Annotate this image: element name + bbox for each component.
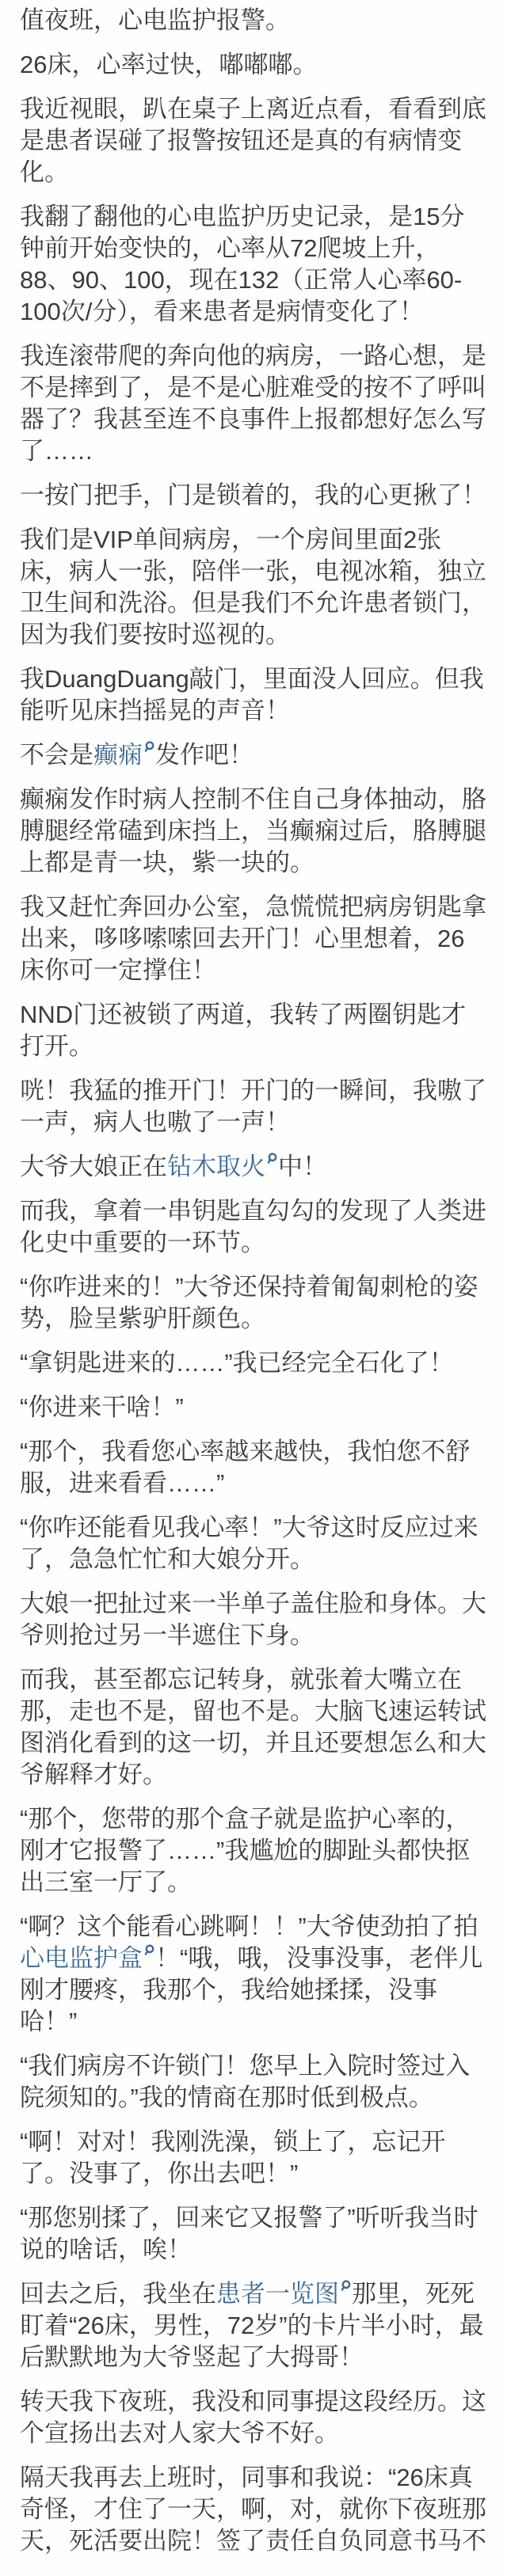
search-icon <box>340 2280 352 2292</box>
text-run: 大爷大娘正在 <box>20 1153 167 1180</box>
paragraph: “拿钥匙进来的……”我已经完全石化了！ <box>20 1347 488 1379</box>
paragraph: “那个，您带的那个盒子就是监护心率的，刚才它报警了……”我尴尬的脚趾头都快抠出三… <box>20 1803 488 1898</box>
text-run: “你进来干啥！” <box>20 1393 184 1421</box>
text-run: “那个，我看您心率越来越快，我怕您不舒服，进来看看……” <box>20 1438 470 1497</box>
search-term-link[interactable]: 钻木取火 <box>167 1153 278 1180</box>
text-run: “拿钥匙进来的……”我已经完全石化了！ <box>20 1349 454 1377</box>
text-run: “我们病房不许锁门！您早上入院时签过入院须知的。”我的情商在那时低到极点。 <box>20 2052 470 2111</box>
text-run: 而我，甚至都忘记转身，就张着大嘴立在那，走也不是，留也不是。大脑飞速运转试图消化… <box>20 1666 486 1788</box>
paragraph: “那您别揉了，回来它又报警了”听听我当时说的啥话，唉！ <box>20 2202 488 2266</box>
text-run: 大娘一把扯过来一半单子盖住脸和身体。大爷则抢过另一半遮住下身。 <box>20 1590 486 1649</box>
paragraph: 我DuangDuang敲门，里面没人回应。但我能听见床挡摇晃的声音！ <box>20 663 488 727</box>
text-run: “啊！对对！我刚洗澡，锁上了，忘记开了。没事了，你出去吧！” <box>20 2128 445 2187</box>
article-body: 值夜班，心电监护报警。26床，心率过快，嘟嘟嘟。我近视眼，趴在桌子上离近点看，看… <box>20 5 488 2557</box>
search-term-link[interactable]: 心电监护盒 <box>20 1944 155 1972</box>
text-run: “啊？这个能看心跳啊！！”大爷使劲拍了拍 <box>20 1913 478 1940</box>
text-run: 发作吧！ <box>155 741 253 769</box>
text-run: 不会是 <box>20 741 93 769</box>
paragraph: “啊？这个能看心跳啊！！”大爷使劲拍了拍心电监护盒！“哦，哦，没事没事，老伴儿刚… <box>20 1911 488 2038</box>
paragraph: “我们病房不许锁门！您早上入院时签过入院须知的。”我的情商在那时低到极点。 <box>20 2050 488 2114</box>
paragraph: “啊！对对！我刚洗澡，锁上了，忘记开了。没事了，你出去吧！” <box>20 2126 488 2190</box>
text-run: “那个，您带的那个盒子就是监护心率的，刚才它报警了……”我尴尬的脚趾头都快抠出三… <box>20 1805 470 1896</box>
text-run: 一按门把手，门是锁着的，我的心更揪了！ <box>20 481 486 509</box>
paragraph: 大爷大娘正在钻木取火中！ <box>20 1151 488 1183</box>
paragraph: 我近视眼，趴在桌子上离近点看，看看到底是患者误碰了报警按钮还是真的有病情变化。 <box>20 93 488 188</box>
paragraph: NND门还被锁了两道，我转了两圈钥匙才打开。 <box>20 999 488 1062</box>
text-run: 我翻了翻他的心电监护历史记录，是15分钟前开始变快的，心率从72爬坡上升，88、… <box>20 203 464 325</box>
search-term-link[interactable]: 患者一览图 <box>216 2280 352 2308</box>
text-run: 咣！我猛的推开门！开门的一瞬间，我嗷了一声，病人也嗷了一声！ <box>20 1077 486 1136</box>
text-run: 隔天我再去上班时，同事和我说：“26床真奇怪，才住了一天，啊，对，就你下夜班那天… <box>20 2464 486 2555</box>
paragraph: “你咋还能看见我心率！”大爷这时反应过来了，急急忙忙和大娘分开。 <box>20 1512 488 1575</box>
text-run: “你咋进来的！”大爷还保持着匍匐刺枪的姿势，脸呈紫驴肝颜色。 <box>20 1273 478 1332</box>
paragraph: 值夜班，心电监护报警。 <box>20 5 488 36</box>
text-run: 我DuangDuang敲门，里面没人回应。但我能听见床挡摇晃的声音！ <box>20 665 484 724</box>
text-run: 我近视眼，趴在桌子上离近点看，看看到底是患者误碰了报警按钮还是真的有病情变化。 <box>20 95 486 186</box>
search-term-text: 癫痫 <box>93 741 143 769</box>
text-run: 我又赶忙奔回办公室，急慌慌把病房钥匙拿出来，哆哆嗦嗦回去开门！心里想着，26床你… <box>20 893 486 984</box>
text-run: “你咋还能看见我心率！”大爷这时反应过来了，急急忙忙和大娘分开。 <box>20 1514 478 1573</box>
paragraph: 一按门把手，门是锁着的，我的心更揪了！ <box>20 480 488 511</box>
paragraph: 回去之后，我坐在患者一览图那里，死死盯着“26床，男性，72岁”的卡片半小时，最… <box>20 2278 488 2373</box>
search-icon <box>143 1944 155 1956</box>
text-run: 我们是VIP单间病房，一个房间里面2张床，病人一张，陪伴一张，电视冰箱，独立卫生… <box>20 526 486 648</box>
paragraph: 大娘一把扯过来一半单子盖住脸和身体。大爷则抢过另一半遮住下身。 <box>20 1588 488 1651</box>
paragraph: “你进来干啥！” <box>20 1392 488 1423</box>
paragraph: 我们是VIP单间病房，一个房间里面2张床，病人一张，陪伴一张，电视冰箱，独立卫生… <box>20 524 488 651</box>
text-run: 我连滚带爬的奔向他的病房，一路心想，是不是摔到了，是不是心脏难受的按不了呼叫器了… <box>20 342 486 465</box>
paragraph: 我翻了翻他的心电监护历史记录，是15分钟前开始变快的，心率从72爬坡上升，88、… <box>20 201 488 328</box>
paragraph: 而我，拿着一串钥匙直勾勾的发现了人类进化史中重要的一环节。 <box>20 1195 488 1259</box>
text-run: 而我，拿着一串钥匙直勾勾的发现了人类进化史中重要的一环节。 <box>20 1197 486 1256</box>
search-term-text: 心电监护盒 <box>20 1944 143 1972</box>
search-icon <box>266 1153 278 1165</box>
search-term-text: 患者一览图 <box>216 2280 339 2308</box>
paragraph: 我又赶忙奔回办公室，急慌慌把病房钥匙拿出来，哆哆嗦嗦回去开门！心里想着，26床你… <box>20 891 488 986</box>
paragraph: 不会是癫痫发作吧！ <box>20 739 488 771</box>
text-run: 26床，心率过快，嘟嘟嘟。 <box>20 51 317 78</box>
search-term-link[interactable]: 癫痫 <box>93 741 155 769</box>
search-term-text: 钻木取火 <box>167 1153 265 1180</box>
text-run: 转天我下夜班，我没和同事提这段经历。这个宣扬出去对人家大爷不好。 <box>20 2388 486 2447</box>
text-run: NND门还被锁了两道，我转了两圈钥匙才打开。 <box>20 1001 466 1060</box>
paragraph: “你咋进来的！”大爷还保持着匍匐刺枪的姿势，脸呈紫驴肝颜色。 <box>20 1271 488 1335</box>
paragraph: 咣！我猛的推开门！开门的一瞬间，我嗷了一声，病人也嗷了一声！ <box>20 1075 488 1138</box>
paragraph: 而我，甚至都忘记转身，就张着大嘴立在那，走也不是，留也不是。大脑飞速运转试图消化… <box>20 1664 488 1791</box>
text-run: 中！ <box>278 1153 327 1180</box>
search-icon <box>143 741 155 753</box>
paragraph: “那个，我看您心率越来越快，我怕您不舒服，进来看看……” <box>20 1436 488 1499</box>
text-run: 回去之后，我坐在 <box>20 2280 216 2308</box>
text-run: 癫痫发作时病人控制不住自己身体抽动，胳膊腿经常磕到床挡上，当癫痫过后，胳膊腿上都… <box>20 785 486 876</box>
paragraph: 癫痫发作时病人控制不住自己身体抽动，胳膊腿经常磕到床挡上，当癫痫过后，胳膊腿上都… <box>20 784 488 879</box>
article-page: 值夜班，心电监护报警。26床，心率过快，嘟嘟嘟。我近视眼，趴在桌子上离近点看，看… <box>0 0 507 2576</box>
paragraph: 26床，心率过快，嘟嘟嘟。 <box>20 49 488 81</box>
text-run: “那您别揉了，回来它又报警了”听听我当时说的啥话，唉！ <box>20 2204 478 2263</box>
text-run: 值夜班，心电监护报警。 <box>20 6 290 34</box>
paragraph: 我连滚带爬的奔向他的病房，一路心想，是不是摔到了，是不是心脏难受的按不了呼叫器了… <box>20 340 488 467</box>
paragraph: 隔天我再去上班时，同事和我说：“26床真奇怪，才住了一天，啊，对，就你下夜班那天… <box>20 2462 488 2557</box>
paragraph: 转天我下夜班，我没和同事提这段经历。这个宣扬出去对人家大爷不好。 <box>20 2386 488 2449</box>
